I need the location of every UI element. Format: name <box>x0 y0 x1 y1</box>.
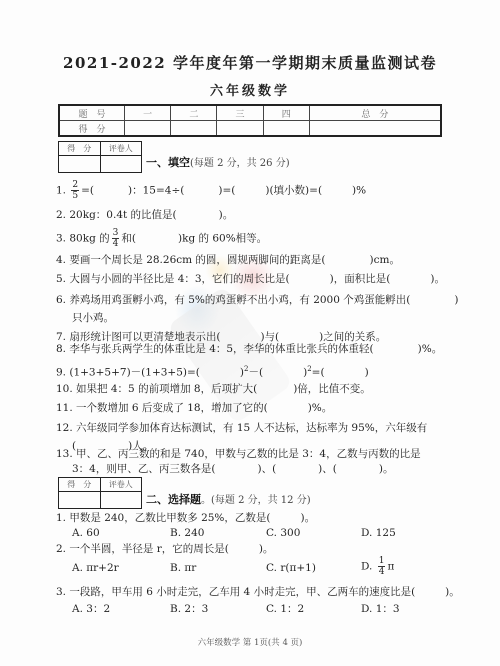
table-cell: 三 <box>217 105 263 121</box>
table-cell: 总 分 <box>309 105 441 121</box>
question-11: 11. 一个数增加 6 后变成了 18，增加了它的()%。 <box>56 401 332 415</box>
option-b[interactable]: B. πr <box>170 562 196 574</box>
option-d[interactable]: D. 14π <box>361 556 394 577</box>
section1-heading: 一、填空(每题 2 分，共 26 分) <box>146 154 290 170</box>
section1-title: 一、填空 <box>146 156 190 169</box>
grader-box-section2: 得 分 评卷人 <box>58 477 142 509</box>
table-cell: 四 <box>263 105 309 121</box>
score-summary-table: 题 号 一 二 三 四 总 分 得 分 <box>58 104 442 137</box>
question-4: 4. 要画一个周长是 28.26cm 的圆，圆规两脚间的距离是()cm。 <box>56 253 400 267</box>
section2-title: 二、选择题 <box>146 493 201 506</box>
section2-heading: 二、选择题。(每题 2 分，共 12 分) <box>146 491 311 507</box>
grader-name-field[interactable] <box>100 492 142 509</box>
option-c[interactable]: C. 1：2 <box>266 601 304 616</box>
option-c[interactable]: C. 300 <box>266 527 300 539</box>
option-a[interactable]: A. πr+2r <box>72 562 119 574</box>
option-c[interactable]: C. r(π+1) <box>266 562 316 574</box>
score-field[interactable] <box>263 121 309 137</box>
question-2: 2. 20kg：0.4t 的比值是()。 <box>56 208 233 222</box>
option-b[interactable]: B. 2：3 <box>170 601 208 616</box>
grader-score-label: 得 分 <box>59 478 101 492</box>
table-row-header: 题 号 一 二 三 四 总 分 <box>59 105 441 121</box>
fraction: 34 <box>112 228 120 249</box>
choice-question-2: 2. 一个半圆，半径是 r，它的周长是()。 <box>56 542 273 556</box>
grader-score-field[interactable] <box>59 492 101 509</box>
choice-question-1: 1. 甲数是 240，乙数比甲数多 25%，乙数是()。 <box>56 511 315 525</box>
question-6: 6. 养鸡场用鸡蛋孵小鸡，有 5%的鸡蛋孵不出小鸡，有 2000 个鸡蛋能孵出(… <box>56 293 458 307</box>
grader-name-label: 评卷人 <box>100 142 142 156</box>
exam-page: 2021-2022 学年度年第一学期期末质量监测试卷 六年级数学 题 号 一 二… <box>0 0 500 666</box>
question-5: 5. 大圆与小圆的半径比是 4：3，它们的周长比是()，面积比是()。 <box>56 272 445 286</box>
choice-question-3: 3. 一段路，甲车用 6 小时走完，乙车用 4 小时走完，甲、乙两车的速度比是(… <box>56 585 460 599</box>
question-13: 13. 甲、乙、丙三数的和是 740，甲数与乙数的比是 3：4，乙数与丙数的比是 <box>56 447 421 461</box>
option-d[interactable]: D. 125 <box>361 527 396 539</box>
table-cell: 二 <box>171 105 217 121</box>
fraction: 14 <box>378 556 386 577</box>
question-1: 1. 25=()：15=4÷()=()(填小数)=()% <box>56 180 366 201</box>
section1-note: (每题 2 分，共 26 分) <box>190 158 290 169</box>
table-row-scores: 得 分 <box>59 121 441 137</box>
score-field[interactable] <box>309 121 441 137</box>
fraction: 25 <box>71 180 79 201</box>
table-cell: 题 号 <box>59 105 125 121</box>
score-field[interactable] <box>171 121 217 137</box>
question-10: 10. 如果把 4：5 的前项增加 8，后项扩大()倍，比值不变。 <box>56 382 371 396</box>
exam-title: 2021-2022 学年度年第一学期期末质量监测试卷 <box>0 52 500 73</box>
grader-score-label: 得 分 <box>59 142 101 156</box>
grader-name-field[interactable] <box>100 156 142 173</box>
table-cell: 一 <box>125 105 171 121</box>
exam-subtitle: 六年级数学 <box>0 80 500 99</box>
question-9: 9. (1+3+5+7)－(1+3+5)=()2－()2=() <box>56 362 369 380</box>
score-field[interactable] <box>125 121 171 137</box>
option-a[interactable]: A. 3：2 <box>72 601 110 616</box>
question-12: 12. 六年级同学参加体育达标测试，有 15 人不达标，达标率为 95%，六年级… <box>56 421 427 435</box>
option-b[interactable]: B. 240 <box>170 527 204 539</box>
section2-note: 。(每题 2 分，共 12 分) <box>201 495 311 506</box>
question-6-line2: 只小鸡。 <box>72 311 114 325</box>
grader-name-label: 评卷人 <box>100 478 142 492</box>
score-field[interactable] <box>217 121 263 137</box>
option-d[interactable]: D. 1：3 <box>361 601 400 616</box>
question-3: 3. 80kg 的34和()kg 的 60%相等。 <box>56 228 267 249</box>
grader-box-section1: 得 分 评卷人 <box>58 141 142 173</box>
question-13-line2: 3：4，则甲、乙、丙三数各是()、()、()。 <box>72 462 393 476</box>
page-footer: 六年级数学 第 1页(共 4 页) <box>0 636 500 648</box>
option-a[interactable]: A. 60 <box>72 527 100 539</box>
table-cell: 得 分 <box>59 121 125 137</box>
question-8: 8. 李华与张兵两学生的体重比是 4：5，李华的体重比张兵的体重轻()%。 <box>56 342 442 356</box>
grader-score-field[interactable] <box>59 156 101 173</box>
